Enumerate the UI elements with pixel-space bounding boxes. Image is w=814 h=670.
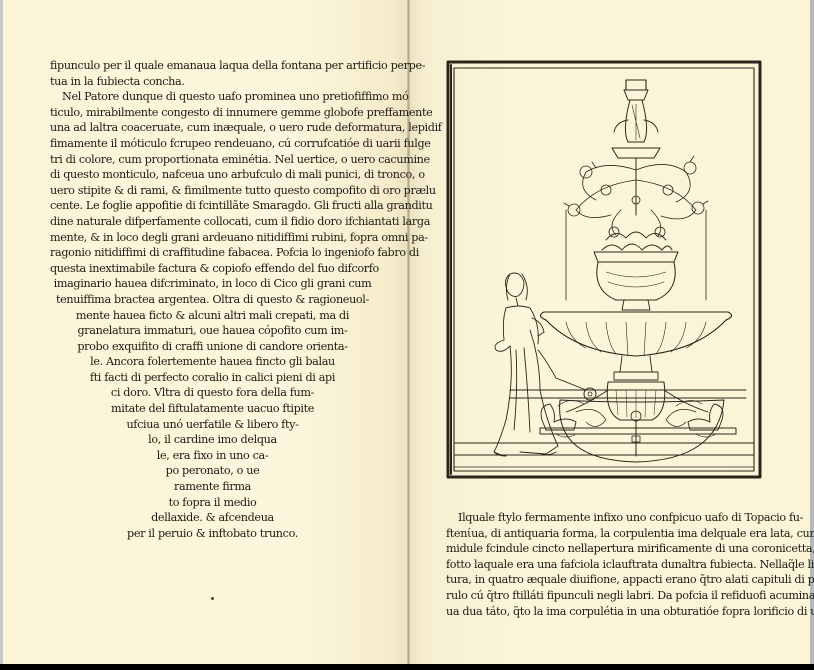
text-line: dellaxide. & afcendeua — [50, 510, 375, 526]
signature-mark — [211, 597, 214, 600]
right-page-text: Ilquale ftylo fermamente infixo uno conf… — [446, 510, 764, 619]
left-page-text: fipunculo per il quale emanaua laqua del… — [50, 58, 375, 541]
text-line: tua in la fubiecta concha. — [50, 74, 375, 90]
text-line: to fopra il medio — [50, 495, 375, 511]
text-line: le, era fixo in uno ca- — [50, 448, 375, 464]
text-line: ua dua táto, q̃to la ima corpulétia in u… — [446, 604, 764, 620]
text-line: fipunculo per il quale emanaua laqua del… — [50, 58, 375, 74]
text-line: rulo cú q̃tro ftilláti fipunculi negli l… — [446, 588, 764, 604]
woodcut-illustration — [446, 60, 762, 479]
text-line: cente. Le foglie appofitie di fcintillãt… — [50, 198, 375, 214]
text-line: tura, in quatro æquale diuifione, appact… — [446, 572, 764, 588]
text-line: ftenίua, di antiquaria forma, la corpule… — [446, 526, 764, 542]
text-line: mitate del fiftulatamente uacuo ftipite — [50, 401, 375, 417]
text-line: ragonio nitidiffimi di craffitudine faba… — [50, 245, 375, 261]
text-line: mente, & in loco degli grani ardeuano ni… — [50, 230, 375, 246]
text-line: una ad laltra coaceruate, cum inæquale, … — [50, 120, 375, 136]
text-line: per il peruio & inftobato trunco. — [50, 526, 375, 542]
text-line: Nel Patore dunque di questo uafo promine… — [50, 89, 375, 105]
text-line: ufciua unó uerfatile & libero fty- — [50, 417, 375, 433]
text-line: mente haueа ficto & alcuni altri mali cr… — [50, 308, 375, 324]
text-line: imaginario haueа difcriminato, in loco d… — [50, 276, 375, 292]
text-line: ci doro. Vltra di questo fora della fum- — [50, 385, 375, 401]
text-line: ticulo, mirabilmente congesto di innumer… — [50, 105, 375, 121]
text-line: probo exquifito di craffi unione di cand… — [50, 339, 375, 355]
text-line: dine naturale difperfamente collocati, c… — [50, 214, 375, 230]
text-line: Ilquale ftylo fermamente infixo uno conf… — [446, 510, 764, 526]
fountain-cart-woodcut-icon — [446, 60, 762, 479]
text-line: fotto laquale era una fafciola iclauftra… — [446, 557, 764, 573]
text-line: po peronato, o ue — [50, 463, 375, 479]
text-line: lo, il cardine imo delqua — [50, 432, 375, 448]
text-line: tri di colore, cum proportionata eminéti… — [50, 152, 375, 168]
text-line: fti facti di perfecto coralio in calici … — [50, 370, 375, 386]
text-line: midule fcindule cincto nellapertura miri… — [446, 541, 764, 557]
text-line: questa inextimabile factura & copiofo ef… — [50, 261, 375, 277]
text-line: fimamente il móticulo fcrupeo rendeuano,… — [50, 136, 375, 152]
text-line: ramente firma — [50, 479, 375, 495]
text-line: le. Ancora folertemente haueа finсto gli… — [50, 354, 375, 370]
text-line: uero stipite & di rami, & fimilmente tut… — [50, 183, 375, 199]
text-line: tenuiffima bractea argentea. Oltra di qu… — [50, 292, 375, 308]
text-line: di questo monticulo, nafceua uno arbufcu… — [50, 167, 375, 183]
book-spread: fipunculo per il quale emanaua laqua del… — [0, 0, 814, 664]
text-line: granelatura immaturi, oue haueа cópofito… — [50, 323, 375, 339]
